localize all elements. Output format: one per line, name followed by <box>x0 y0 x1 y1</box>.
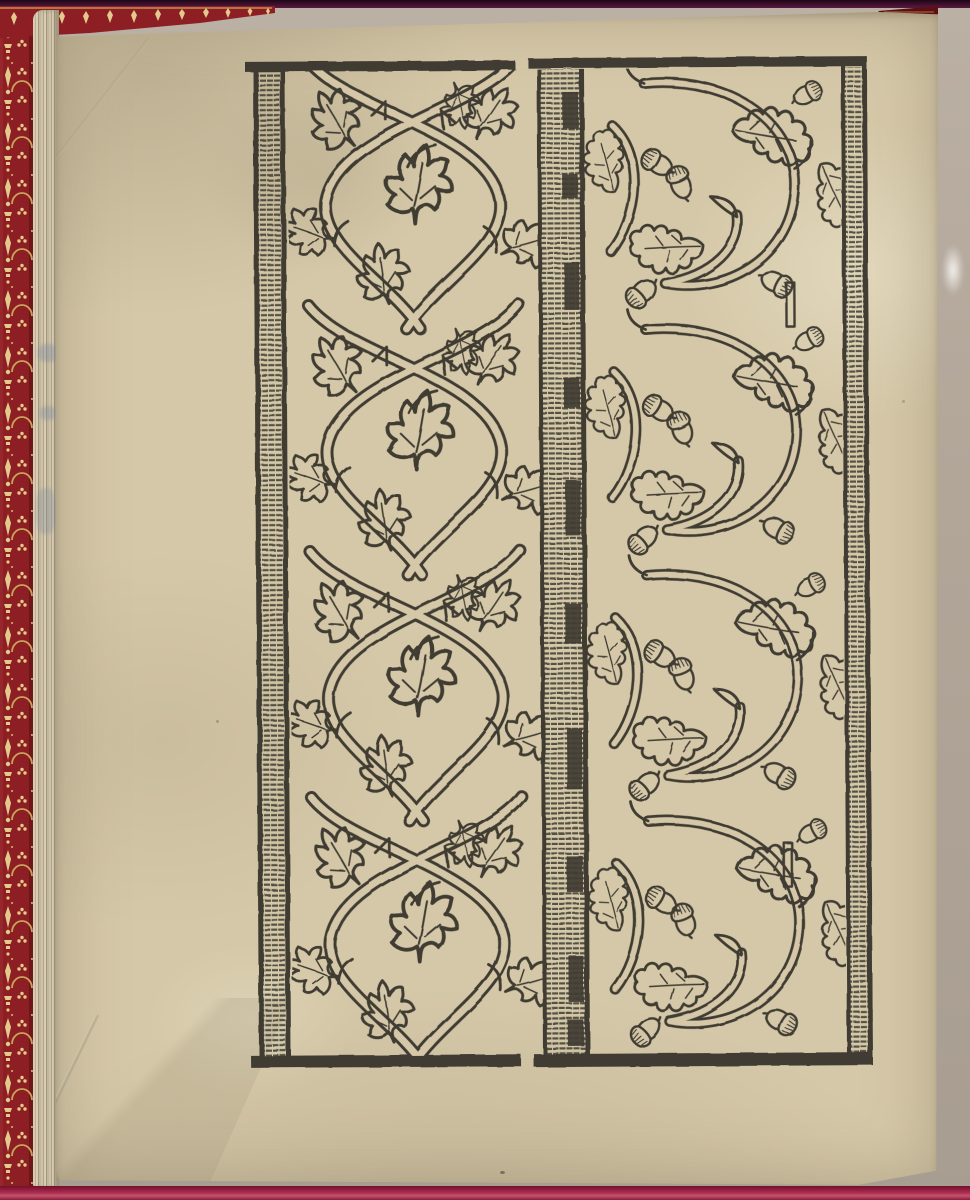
vine-leaf-panel <box>273 58 570 1068</box>
gold-tooling-pattern <box>0 6 34 1192</box>
vine-repeat-unit <box>273 58 566 330</box>
block-tie-marks <box>780 283 798 887</box>
dust-speck <box>216 720 219 723</box>
woodcut-block <box>245 54 873 1070</box>
photographed-book-scene <box>0 0 970 1200</box>
book-page <box>56 12 938 1186</box>
oak-repeat-unit <box>578 554 873 805</box>
right-border-hatch <box>841 58 873 1064</box>
left-border-hatch <box>253 62 291 1068</box>
book-board-bottom-edge <box>0 1186 970 1200</box>
oak-acorn-panel <box>575 62 873 1051</box>
glare-highlight <box>942 244 964 296</box>
vine-repeat-unit <box>278 796 571 1068</box>
divider-column <box>537 69 590 1055</box>
oak-repeat-unit <box>576 308 873 559</box>
vine-repeat-unit <box>275 304 568 576</box>
oak-repeat-unit <box>575 62 872 313</box>
leather-spine <box>0 6 34 1192</box>
vine-repeat-unit <box>276 550 569 822</box>
dust-speck <box>902 400 905 403</box>
oak-repeat-unit <box>579 800 873 1051</box>
dust-speck <box>500 1171 505 1174</box>
blue-smudge <box>38 344 58 362</box>
blue-smudge <box>40 406 56 420</box>
page-edge-stack <box>33 10 59 1188</box>
blue-smudge <box>36 488 56 534</box>
